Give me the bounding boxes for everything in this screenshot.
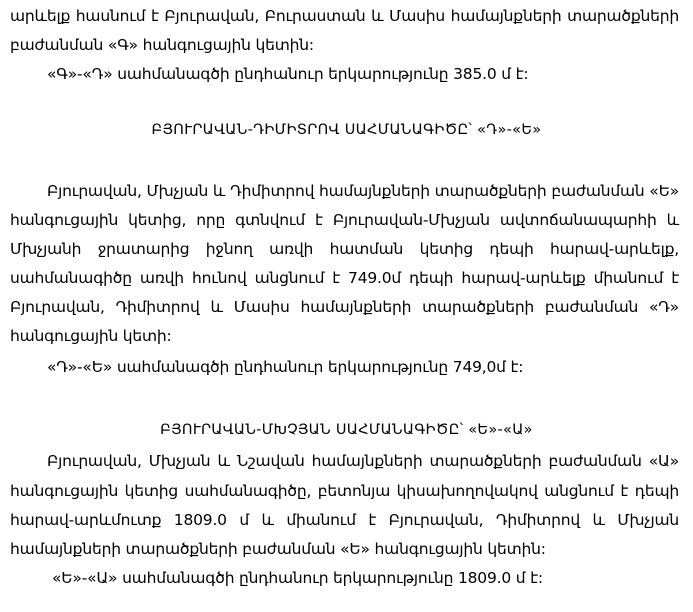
length-statement: «Գ»-«Դ» սահմանագծի ընդհանուր երկարությու…	[47, 64, 679, 84]
paragraph-line: Մխչյանի ջրատարից իջնող առվի հատման կետից…	[10, 239, 679, 259]
paragraph-line: հանգուցային կետից, որը գտնվում է Բյուրավ…	[10, 210, 679, 230]
paragraph-line: հարավ-արևմուտք 1809.0 մ և միանում է Բյու…	[10, 510, 679, 530]
paragraph-line: Բյուրավան, Դիմիտրով և Մասիս համայնքների …	[10, 297, 679, 317]
paragraph-line: համայնքների տարածքների բաժանման «Ե» հանգ…	[10, 539, 679, 559]
paragraph-line: բաժանման «Գ» հանգուցային կետին:	[10, 35, 679, 55]
paragraph-line: սահմանագիծը առվի հունով անցնում է 749.0մ…	[10, 268, 679, 288]
section-heading: ԲՅՈՒՐԱՎԱՆ-ՄԽՉՅԱՆ ՍԱՀՄԱՆԱԳԻԾԸ՝ «Ե»-«Ա»	[0, 420, 693, 440]
paragraph-line: հանգուցային կետի:	[10, 326, 679, 346]
length-statement: «Ե»-«Ա» սահմանագծի ընդհանուր երկարությու…	[52, 568, 679, 588]
paragraph-line: Բյուրավան, Մխչյան և Նշավան համայնքների տ…	[47, 451, 679, 471]
document-page: արևելք հասնում է Բյուրավան, Բուրաստան և …	[0, 0, 693, 612]
paragraph-line: հանգուցային կետից սահմանագիծը, բետոնյա կ…	[10, 481, 679, 501]
paragraph-line: Բյուրավան, Մխչյան և Դիմիտրով համայնքների…	[47, 181, 679, 201]
length-statement: «Դ»-«Ե» սահմանագծի ընդհանուր երկարությու…	[47, 357, 679, 377]
section-heading: ԲՅՈՒՐԱՎԱՆ-ԴԻՄԻՏՐՈՎ ՍԱՀՄԱՆԱԳԻԾԸ՝ «Դ»-«Ե»	[0, 120, 693, 140]
paragraph-line: արևելք հասնում է Բյուրավան, Բուրաստան և …	[10, 6, 679, 26]
